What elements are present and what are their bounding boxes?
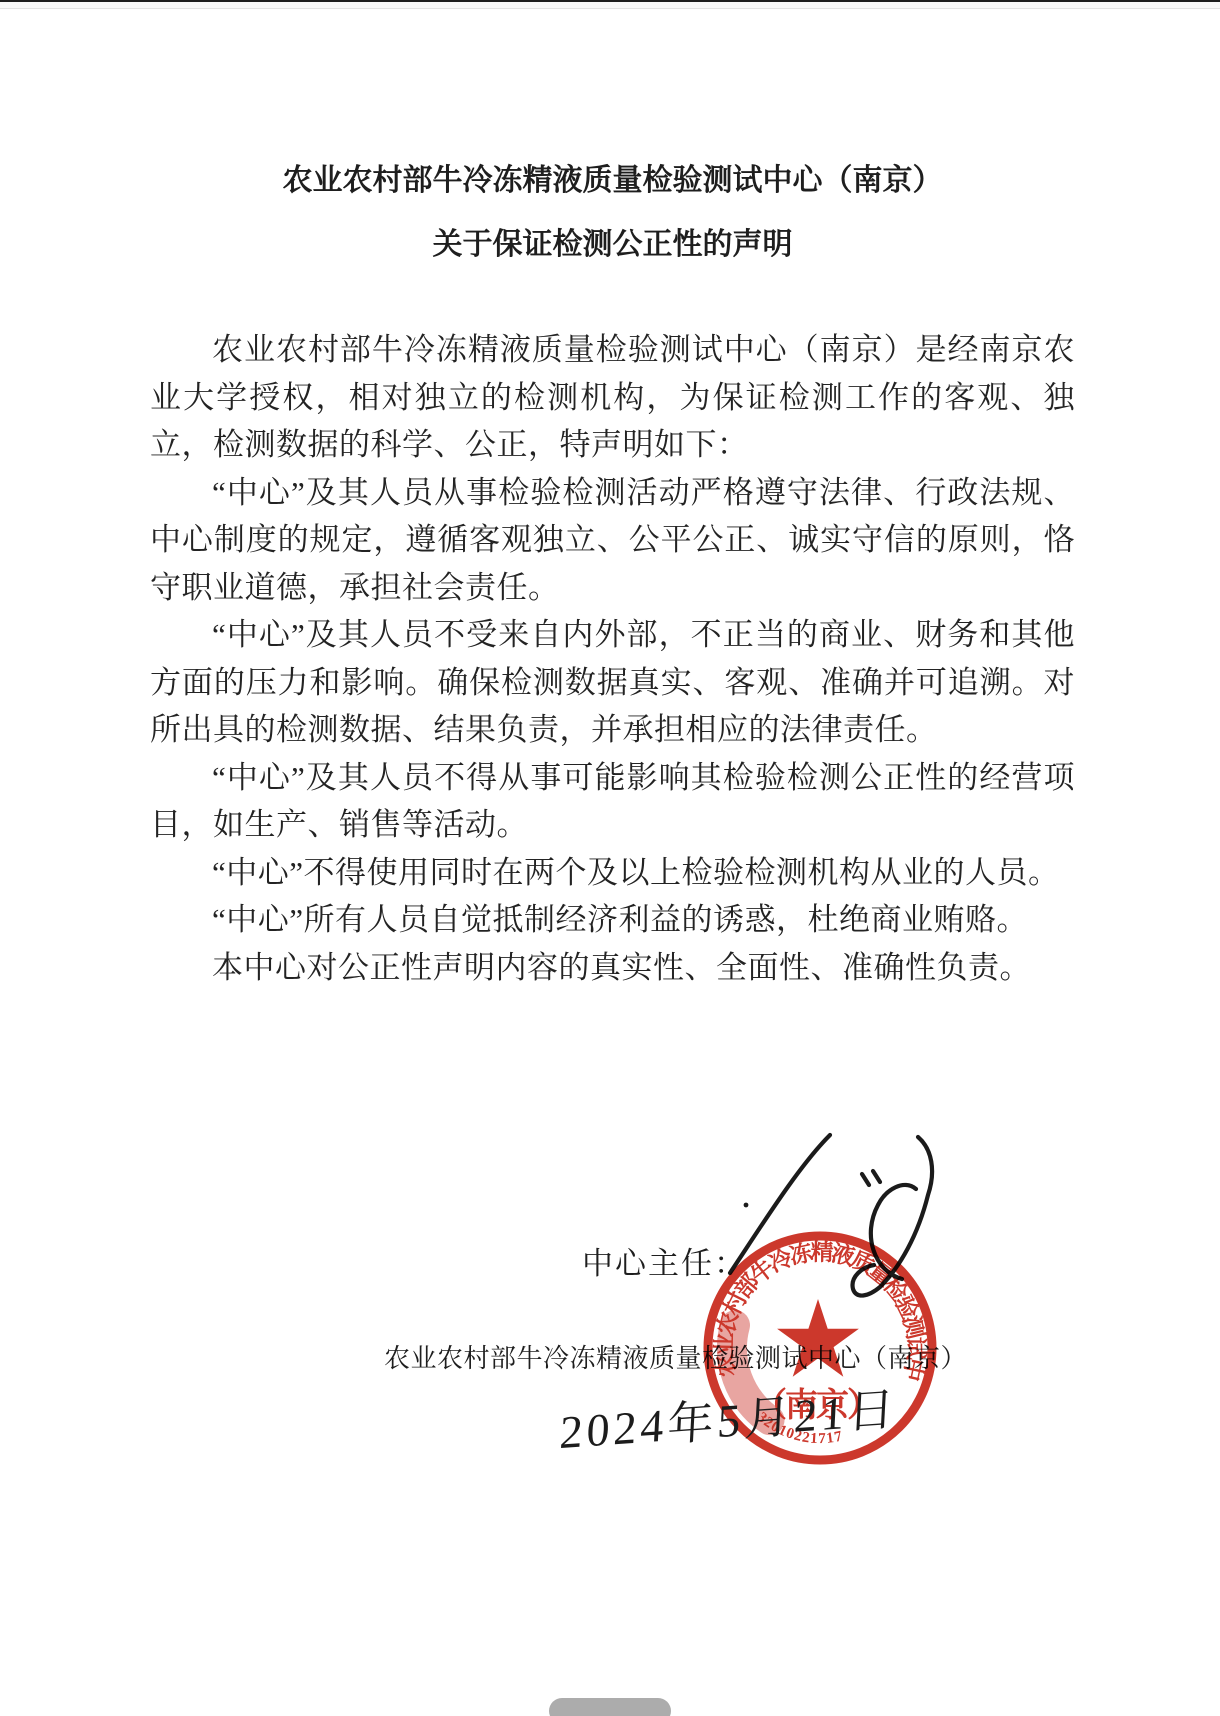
handwritten-signature	[690, 1075, 990, 1325]
paragraph-no-bribery: “中心”所有人员自觉抵制经济利益的诱惑，杜绝商业贿赂。	[150, 896, 1075, 944]
signature-ink-dot	[744, 1203, 749, 1208]
signature-ditto-mark-2	[873, 1171, 880, 1182]
document-title-line1: 农业农村部牛冷冻精液质量检验测试中心（南京）	[150, 160, 1075, 202]
paragraph-no-dual-employment: “中心”不得使用同时在两个及以上检验检测机构从业的人员。	[150, 849, 1075, 897]
signature-stroke-flourish	[853, 1137, 933, 1296]
document-content: 农业农村部牛冷冻精液质量检验测试中心（南京） 关于保证检测公正性的声明 农业农村…	[0, 0, 1220, 991]
document-body: 农业农村部牛冷冻精液质量检验测试中心（南京）是经南京农业大学授权，相对独立的检测…	[150, 326, 1075, 991]
paragraph-intro: 农业农村部牛冷冻精液质量检验测试中心（南京）是经南京农业大学授权，相对独立的检测…	[150, 326, 1075, 469]
paragraph-no-pressure: “中心”及其人员不受来自内外部，不正当的商业、财务和其他方面的压力和影响。确保检…	[150, 611, 1075, 754]
signature-ditto-mark-1	[862, 1174, 869, 1185]
document-page: 农业农村部牛冷冻精液质量检验测试中心（南京） 关于保证检测公正性的声明 农业农村…	[0, 0, 1220, 991]
paragraph-law-compliance: “中心”及其人员从事检验检测活动严格遵守法律、行政法规、中心制度的规定，遵循客观…	[150, 469, 1075, 612]
signature-stroke-loop	[871, 1185, 916, 1279]
home-indicator-bar[interactable]	[549, 1698, 671, 1716]
photo-top-strip	[0, 2, 1220, 9]
document-title-line2: 关于保证检测公正性的声明	[150, 224, 1075, 266]
paragraph-responsibility: 本中心对公正性声明内容的真实性、全面性、准确性负责。	[150, 944, 1075, 992]
paragraph-no-business: “中心”及其人员不得从事可能影响其检验检测公正性的经营项目，如生产、销售等活动。	[150, 754, 1075, 849]
